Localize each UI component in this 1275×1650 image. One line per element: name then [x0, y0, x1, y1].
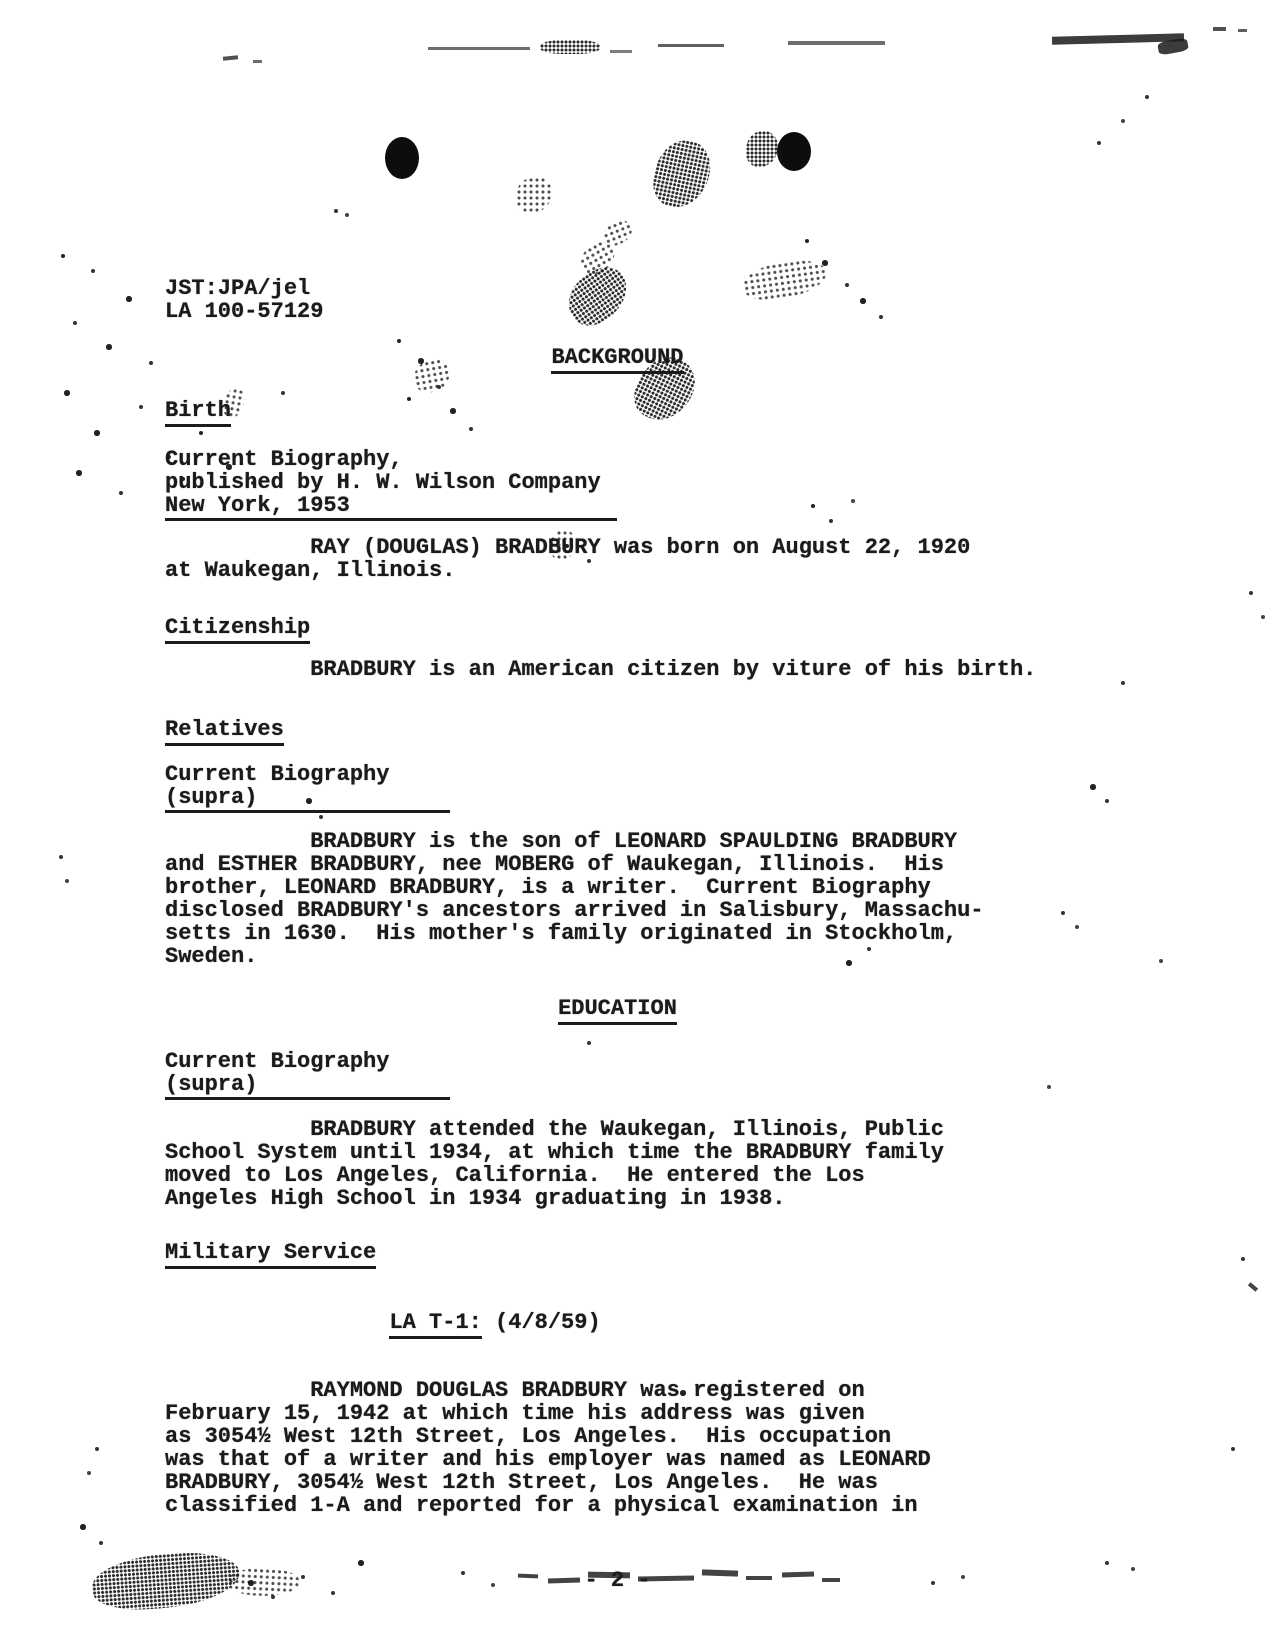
heading-citizenship: Citizenship [165, 615, 310, 644]
scan-smudge [600, 217, 636, 249]
reference-date: (4/8/59) [495, 1310, 601, 1335]
scan-smudge [540, 40, 600, 54]
scan-dash [610, 50, 632, 53]
scan-smudge [575, 237, 620, 279]
scan-smudge [746, 131, 778, 167]
informant-reference-line: LA T-1:(4/8/59) [165, 1288, 1070, 1357]
heading-row: Military Service [165, 1241, 1070, 1264]
scan-dash [1213, 27, 1226, 31]
scan-smudge [649, 135, 716, 213]
birth-paragraph: RAY (DOUGLAS) BRADBURY was born on Augus… [165, 536, 1070, 582]
scan-dash [223, 55, 238, 61]
education-paragraph: BRADBURY attended the Waukegan, Illinois… [165, 1118, 1070, 1210]
relatives-source-citation: Current Biography (supra) [165, 763, 1070, 813]
citation-underline-rule [165, 1097, 450, 1100]
birth-source-citation: Current Biography, published by H. W. Wi… [165, 448, 1070, 521]
relatives-paragraph: BRADBURY is the son of LEONARD SPAULDING… [165, 830, 1070, 968]
file-number: LA 100-57129 [165, 300, 1070, 323]
heading-row: Citizenship [165, 616, 1070, 639]
section-title-background: BACKGROUND [551, 345, 683, 374]
file-header: JST:JPA/jel LA 100-57129 [165, 277, 1070, 323]
scan-smudge [516, 177, 552, 213]
citation-text: Current Biography (supra) [165, 1050, 1070, 1096]
citation-text: Current Biography (supra) [165, 763, 1070, 809]
citizenship-paragraph: BRADBURY is an American citizen by vitur… [165, 658, 1070, 681]
scan-dash [1238, 29, 1247, 32]
hole-punch-dot [385, 137, 419, 179]
education-source-citation: Current Biography (supra) [165, 1050, 1070, 1100]
section-title-row: BACKGROUND [165, 346, 1070, 369]
heading-row: Birth [165, 399, 1070, 422]
scan-dash [1248, 1282, 1258, 1291]
heading-relatives: Relatives [165, 717, 284, 746]
scan-speckles [0, 0, 2, 2]
scan-dash [1157, 37, 1189, 55]
scan-dash [428, 47, 530, 50]
section-title-row: EDUCATION [165, 997, 1070, 1020]
typist-initials-line: JST:JPA/jel [165, 277, 1070, 300]
scan-dash [788, 41, 885, 45]
heading-military-service: Military Service [165, 1240, 376, 1269]
military-paragraph: RAYMOND DOUGLAS BRADBURY was registered … [165, 1379, 1070, 1517]
citation-underline-rule [165, 518, 617, 521]
section-title-education: EDUCATION [558, 996, 677, 1025]
reference-label: LA T-1: [389, 1310, 481, 1339]
typed-content: JST:JPA/jel LA 100-57129 BACKGROUND Birt… [165, 277, 1070, 1592]
heading-row: Relatives [165, 718, 1070, 741]
citation-underline-rule [165, 810, 450, 813]
scan-dash [1052, 33, 1184, 44]
hole-punch-dot [777, 132, 811, 171]
heading-birth: Birth [165, 398, 231, 427]
page-number: - 2 - [165, 1569, 1070, 1592]
scan-dash [658, 44, 724, 47]
document-page: JST:JPA/jel LA 100-57129 BACKGROUND Birt… [0, 0, 1275, 1650]
citation-text: Current Biography, published by H. W. Wi… [165, 448, 1070, 517]
scan-dash [253, 60, 262, 63]
